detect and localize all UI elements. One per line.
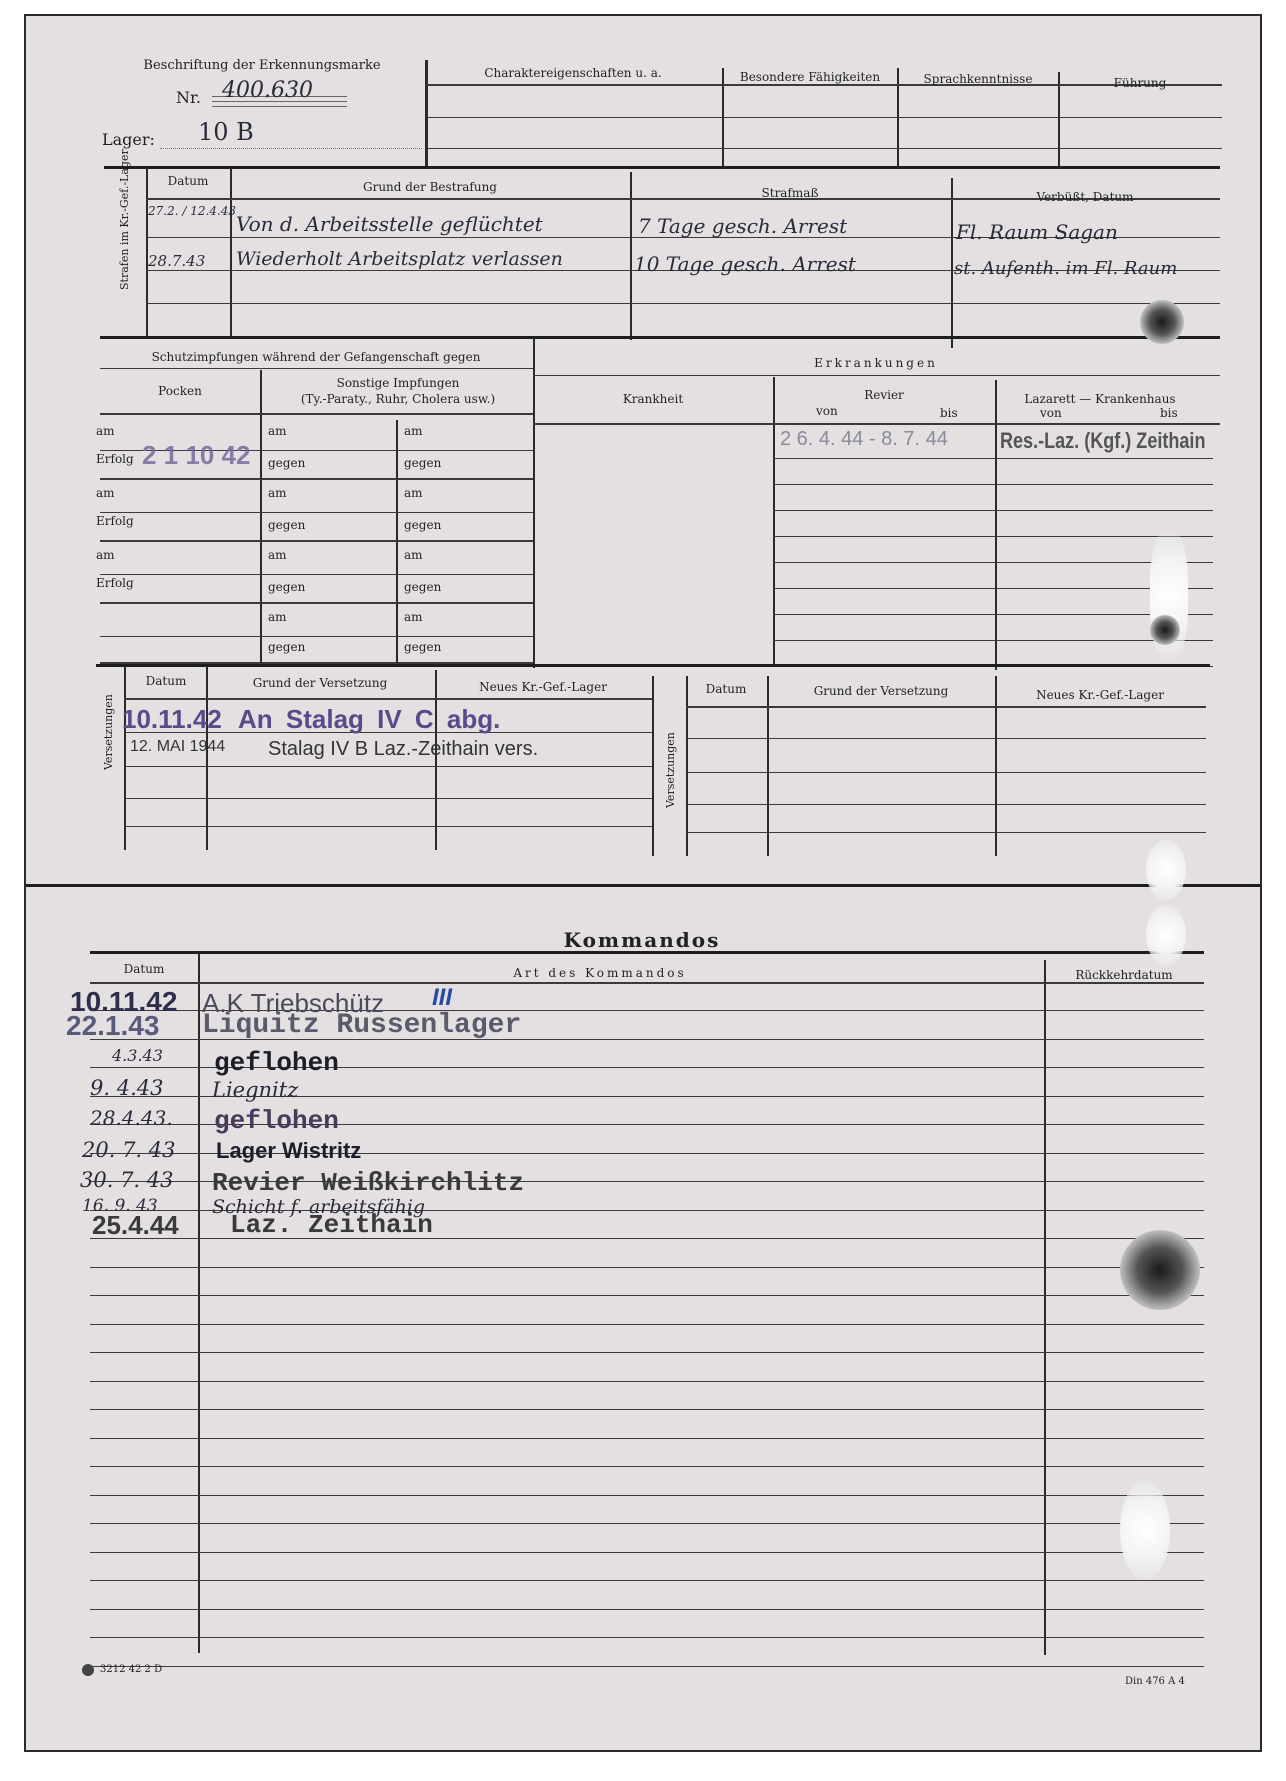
revier-von: von bbox=[816, 404, 838, 418]
kom-row6-date: 20. 7. 43 bbox=[82, 1138, 176, 1162]
tr-header-reason-2: Grund der Versetzung bbox=[814, 684, 949, 698]
vacc-heading: Schutzimpfungen während der Gefangenscha… bbox=[152, 350, 481, 364]
lager-label: Lager: bbox=[102, 130, 155, 149]
pocken-erfolg-label: Erfolg bbox=[96, 452, 134, 466]
nr-value: 400.630 bbox=[222, 78, 313, 103]
transfer-row2-text: Stalag IV B Laz.-Zeithain vers. bbox=[268, 738, 538, 761]
pun-row2-served: st. Aufenth. im Fl. Raum bbox=[954, 258, 1177, 279]
pun-header-served: Verbüßt, Datum bbox=[1037, 190, 1134, 204]
other-am-label: am bbox=[404, 424, 423, 438]
kom-row3-date: 4.3.43 bbox=[112, 1046, 163, 1065]
id-tag-heading: Beschriftung der Erkennungsmarke bbox=[143, 58, 380, 73]
punch-hole bbox=[1120, 1230, 1200, 1310]
other-am-label: am bbox=[268, 548, 287, 562]
paper-tear bbox=[1120, 1480, 1170, 1580]
tr-header-reason: Grund der Versetzung bbox=[253, 676, 388, 690]
tr-header-camp-2: Neues Kr.-Gef.-Lager bbox=[1036, 688, 1164, 702]
pun-header-penalty: Strafmaß bbox=[762, 186, 819, 200]
other-am-label: am bbox=[404, 486, 423, 500]
kommandos-title: Kommandos bbox=[564, 928, 721, 952]
pocken-am-label: am bbox=[96, 424, 115, 438]
kom-row9-date: 25.4.44 bbox=[92, 1210, 179, 1241]
other-am-label: am bbox=[268, 610, 287, 624]
kom-row6-text: Lager Wistritz bbox=[216, 1138, 361, 1164]
other-gegen-label: gegen bbox=[404, 580, 441, 594]
kom-row3-text: geflohen bbox=[214, 1048, 339, 1078]
lazarett-von: von bbox=[1040, 406, 1062, 420]
col-special-skills: Besondere Fähigkeiten bbox=[740, 70, 880, 84]
kom-header-type: Art des Kommandos bbox=[513, 966, 686, 980]
punch-hole bbox=[1150, 615, 1180, 645]
other-am-label: am bbox=[404, 610, 423, 624]
other-am-label: am bbox=[404, 548, 423, 562]
other-gegen-label: gegen bbox=[404, 456, 441, 470]
pun-row2-reason: Wiederholt Arbeitsplatz verlassen bbox=[236, 248, 563, 270]
kom-header-date: Datum bbox=[124, 962, 165, 976]
other-am-label: am bbox=[268, 486, 287, 500]
transfers-side-label-right: Versetzungen bbox=[664, 732, 677, 808]
other-gegen-label: gegen bbox=[268, 456, 305, 470]
kom-row1-mark: III bbox=[432, 984, 452, 1012]
kom-row4-text: Liegnitz bbox=[212, 1078, 298, 1102]
transfer-row1-date: 10.11.42 bbox=[122, 704, 222, 735]
pun-row1-served: Fl. Raum Sagan bbox=[956, 220, 1118, 244]
pocken-am-label: am bbox=[96, 486, 115, 500]
other-gegen-label: gegen bbox=[268, 640, 305, 654]
vacc-header-other-2: (Ty.-Paraty., Ruhr, Cholera usw.) bbox=[301, 392, 495, 406]
kom-row5-text: geflohen bbox=[214, 1106, 339, 1136]
tr-header-date: Datum bbox=[146, 674, 187, 688]
pun-row1-reason: Von d. Arbeitsstelle geflüchtet bbox=[236, 212, 543, 236]
footer-form-number: 3212 42 2 D bbox=[100, 1664, 162, 1675]
pun-row1-penalty: 7 Tage gesch. Arrest bbox=[638, 214, 847, 238]
punishments-side-label: Strafen im Kr.-Gef.-Lager bbox=[118, 149, 131, 290]
pocken-erfolg-label: Erfolg bbox=[96, 514, 134, 528]
kom-row9-text: Laz. Zeithain bbox=[230, 1210, 433, 1240]
punch-hole bbox=[1140, 300, 1184, 344]
illness-header-krankheit: Krankheit bbox=[623, 392, 683, 406]
kom-row2-text: Liquitz Russenlager bbox=[202, 1010, 521, 1041]
other-gegen-label: gegen bbox=[404, 518, 441, 532]
kom-row7-date: 30. 7. 43 bbox=[80, 1168, 174, 1192]
pun-header-date: Datum bbox=[168, 174, 209, 188]
paper-tear bbox=[1146, 905, 1186, 965]
tr-header-date-2: Datum bbox=[706, 682, 747, 696]
other-gegen-label: gegen bbox=[268, 580, 305, 594]
illness-heading: Erkrankungen bbox=[814, 356, 938, 370]
revier-bis: bis bbox=[940, 406, 958, 420]
nr-label: Nr. bbox=[176, 88, 201, 107]
kom-row5-date: 28.4.43. bbox=[90, 1106, 173, 1130]
kom-row4-date: 9. 4.43 bbox=[90, 1076, 163, 1100]
vacc-header-pocken: Pocken bbox=[158, 384, 202, 398]
pun-row1-date: 27.2. / 12.4.43 bbox=[148, 204, 236, 218]
paper-tear bbox=[1146, 840, 1186, 900]
kom-row2-date: 22.1.43 bbox=[66, 1010, 159, 1042]
footer-din: Din 476 A 4 bbox=[1125, 1676, 1185, 1687]
illness-header-revier: Revier bbox=[864, 388, 904, 402]
pun-header-reason: Grund der Bestrafung bbox=[363, 180, 497, 194]
printer-mark-icon bbox=[82, 1664, 94, 1676]
pocken-stamp: 2 1 10 42 bbox=[142, 440, 250, 471]
other-gegen-label: gegen bbox=[268, 518, 305, 532]
lager-value: 10 B bbox=[198, 118, 254, 146]
tr-header-camp: Neues Kr.-Gef.-Lager bbox=[479, 680, 607, 694]
transfers-side-label-left: Versetzungen bbox=[102, 694, 115, 770]
kom-row7-text: Revier Weißkirchlitz bbox=[212, 1168, 524, 1198]
vacc-header-other-1: Sonstige Impfungen bbox=[337, 376, 460, 390]
transfer-row2-date: 12. MAI 1944 bbox=[130, 738, 225, 756]
pocken-erfolg-label: Erfolg bbox=[96, 576, 134, 590]
lazarett-bis: bis bbox=[1160, 406, 1178, 420]
other-am-label: am bbox=[268, 424, 287, 438]
kom-header-return: Rückkehrdatum bbox=[1075, 968, 1172, 982]
other-gegen-label: gegen bbox=[404, 640, 441, 654]
pun-row2-date: 28.7.43 bbox=[148, 252, 205, 270]
col-languages: Sprachkenntnisse bbox=[924, 72, 1033, 86]
col-character: Charaktereigenschaften u. a. bbox=[484, 66, 661, 80]
revier-entry: 2 6. 4. 44 - 8. 7. 44 bbox=[780, 428, 948, 451]
transfer-row1-text: An Stalag IV C abg. bbox=[238, 704, 500, 735]
pun-row2-penalty: 10 Tage gesch. Arrest bbox=[634, 252, 856, 276]
illness-header-lazarett: Lazarett — Krankenhaus bbox=[1024, 392, 1175, 406]
lazarett-entry: Res.-Laz. (Kgf.) Zeithain bbox=[1000, 428, 1205, 454]
col-conduct: Führung bbox=[1114, 76, 1167, 90]
pocken-am-label: am bbox=[96, 548, 115, 562]
